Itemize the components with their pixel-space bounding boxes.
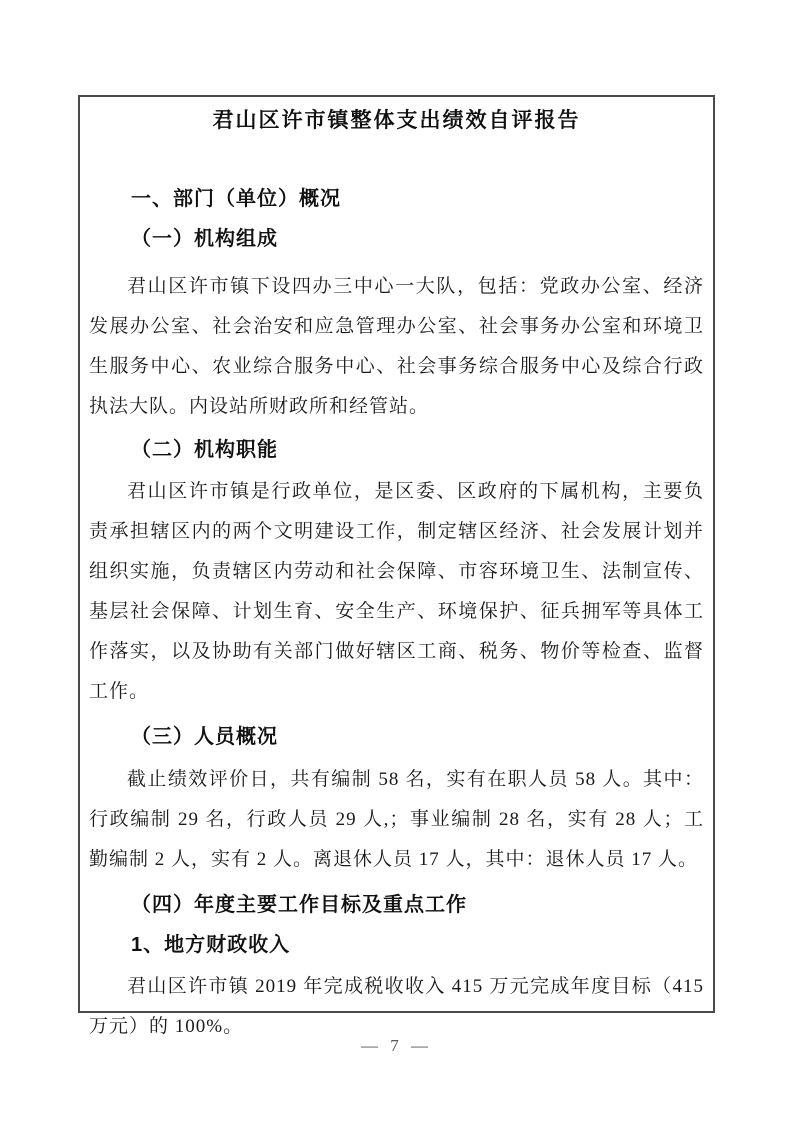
document-border-frame: 君山区许市镇整体支出绩效自评报告 一、部门（单位）概况 （一）机构组成 君山区许… [78, 95, 715, 1013]
section-heading-3: （三）人员概况 [89, 723, 704, 751]
section-paragraph-1: 君山区许市镇下设四办三中心一大队，包括：党政办公室、经济发展办公室、社会治安和应… [89, 267, 704, 427]
section-paragraph-4: 君山区许市镇 2019 年完成税收收入 415 万元完成年度目标（415 万元）… [89, 967, 704, 1047]
document-title: 君山区许市镇整体支出绩效自评报告 [89, 107, 704, 135]
section-heading-2: （二）机构职能 [89, 436, 704, 464]
main-heading: 一、部门（单位）概况 [89, 185, 704, 213]
section-heading-1: （一）机构组成 [89, 225, 704, 253]
section-paragraph-3: 截止绩效评价日，共有编制 58 名，实有在职人员 58 人。其中：行政编制 29… [89, 760, 704, 880]
section-paragraph-2: 君山区许市镇是行政单位，是区委、区政府的下属机构，主要负责承担辖区内的两个文明建… [89, 472, 704, 712]
page-number: — 7 — [0, 1036, 793, 1056]
section-heading-4: （四）年度主要工作目标及重点工作 [89, 891, 704, 919]
section-subheading-4: 1、地方财政收入 [89, 931, 704, 959]
page: { "document": { "title": "君山区许市镇整体支出绩效自评… [0, 0, 793, 1122]
